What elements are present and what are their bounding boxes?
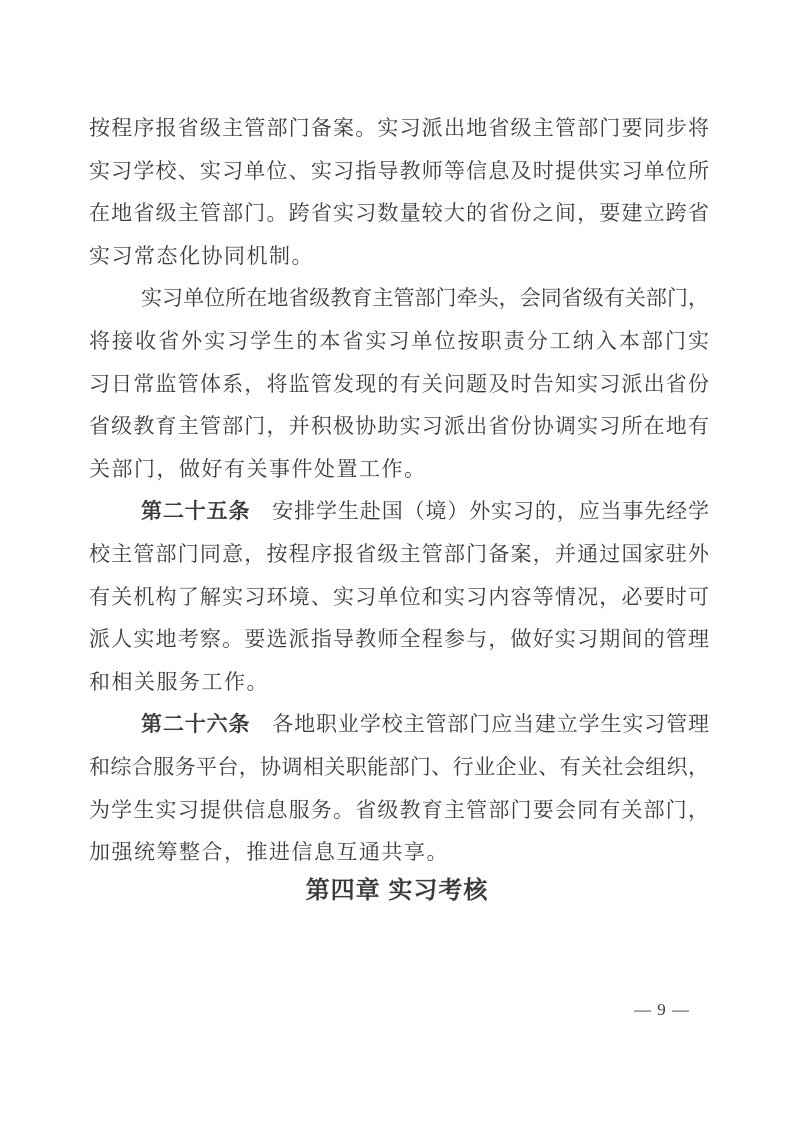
- paragraph-4-line-2: 和综合服务平台，协调相关职能部门、行业企业、有关社会组织，: [89, 746, 709, 789]
- paragraph-3-line-4: 派人实地考察。要选派指导教师全程参与，做好实习期间的管理: [89, 618, 709, 661]
- line-text: 各地职业学校主管部门应当建立学生实习管理: [272, 712, 709, 736]
- paragraph-1-line-1: 按程序报省级主管部门备案。实习派出地省级主管部门要同步将: [89, 107, 709, 150]
- line-text: 安排学生赴国（境）外实习的，应当事先经学: [272, 499, 709, 523]
- body-text: 按程序报省级主管部门备案。实习派出地省级主管部门要同步将实习学校、实习单位、实习…: [89, 107, 709, 874]
- paragraph-3-line-1: 第二十五条 安排学生赴国（境）外实习的，应当事先经学: [89, 490, 709, 533]
- document-page: 按程序报省级主管部门备案。实习派出地省级主管部门要同步将实习学校、实习单位、实习…: [0, 0, 794, 1122]
- paragraph-2-line-3: 习日常监管体系，将监管发现的有关问题及时告知实习派出省份: [89, 363, 709, 406]
- paragraph-2-line-5: 关部门，做好有关事件处置工作。: [89, 448, 709, 491]
- paragraph-2-line-4: 省级教育主管部门，并积极协助实习派出省份协调实习所在地有: [89, 405, 709, 448]
- chapter-heading: 第四章 实习考核: [0, 871, 794, 911]
- page-number: — 9 —: [634, 997, 690, 1023]
- paragraph-2-line-1: 实习单位所在地省级教育主管部门牵头，会同省级有关部门，: [89, 277, 709, 320]
- paragraph-4-line-4: 加强统筹整合，推进信息互通共享。: [89, 831, 709, 874]
- paragraph-1-line-3: 在地省级主管部门。跨省实习数量较大的省份之间，要建立跨省: [89, 192, 709, 235]
- paragraph-4-line-3: 为学生实习提供信息服务。省级教育主管部门要会同有关部门，: [89, 789, 709, 832]
- paragraph-2-line-2: 将接收省外实习学生的本省实习单位按职责分工纳入本部门实: [89, 320, 709, 363]
- paragraph-3-line-5: 和相关服务工作。: [89, 661, 709, 704]
- paragraph-3-line-3: 有关机构了解实习环境、实习单位和实习内容等情况，必要时可: [89, 576, 709, 619]
- paragraph-1-line-2: 实习学校、实习单位、实习指导教师等信息及时提供实习单位所: [89, 150, 709, 193]
- article-number-bold: 第二十五条: [141, 499, 250, 523]
- paragraph-3-line-2: 校主管部门同意，按程序报省级主管部门备案，并通过国家驻外: [89, 533, 709, 576]
- article-number-bold: 第二十六条: [141, 712, 250, 736]
- paragraph-1-line-4: 实习常态化协同机制。: [89, 235, 709, 278]
- paragraph-4-line-1: 第二十六条 各地职业学校主管部门应当建立学生实习管理: [89, 703, 709, 746]
